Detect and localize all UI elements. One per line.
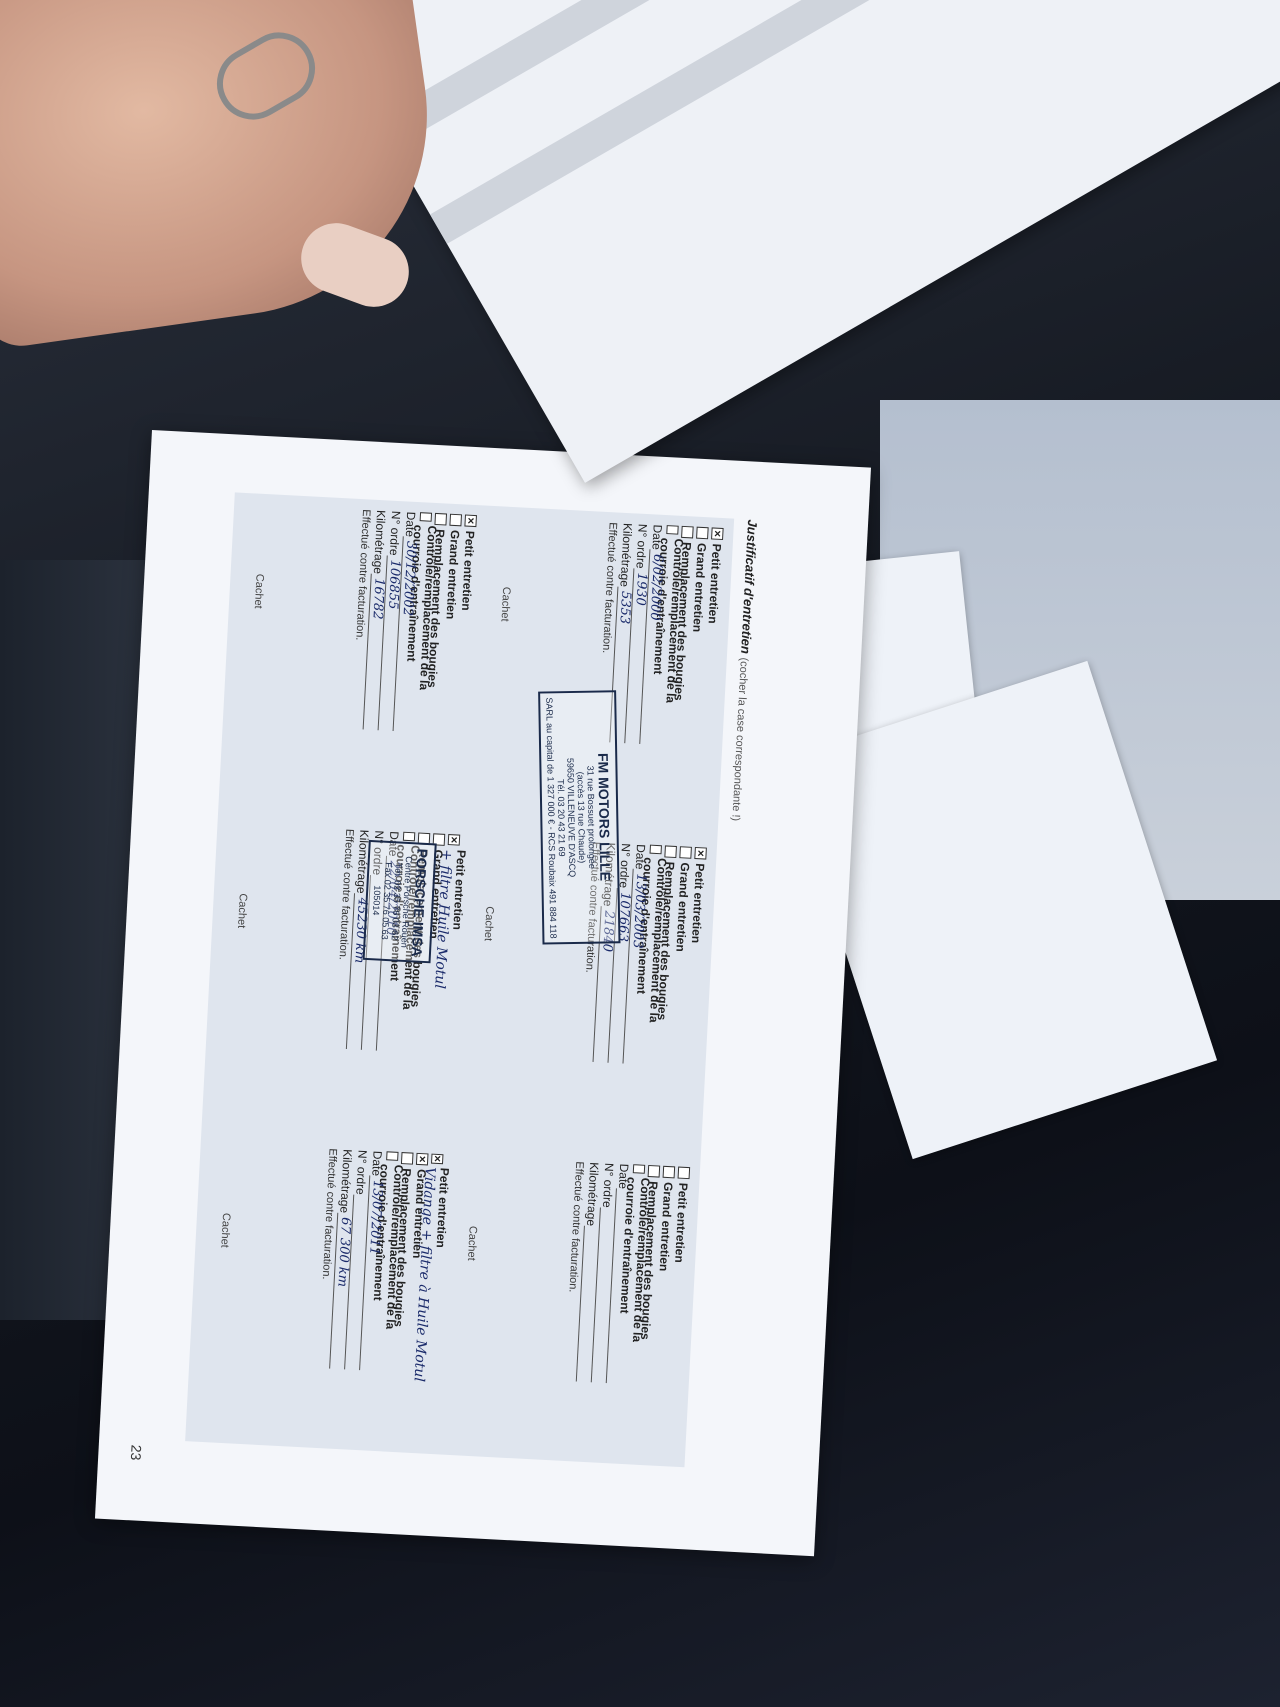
- checkbox[interactable]: ✕: [712, 527, 725, 540]
- cachet-label: Cachet: [498, 586, 512, 621]
- checkbox[interactable]: [678, 1167, 691, 1180]
- checkbox[interactable]: [697, 527, 710, 540]
- service-entry: Petit entretienGrand entretienRemplaceme…: [446, 1155, 692, 1387]
- checkbox[interactable]: [650, 845, 662, 854]
- entry-grid: ✕Petit entretienGrand entretienRemplacem…: [185, 492, 734, 1467]
- checkbox[interactable]: ✕: [465, 515, 478, 528]
- checkbox-row: Contrôle/remplacement de la courroie d'e…: [621, 1164, 647, 1384]
- field-label: Date: [403, 511, 418, 537]
- checkbox[interactable]: ✕: [695, 847, 708, 860]
- checkbox[interactable]: ✕: [448, 834, 461, 846]
- field-label: N° ordre: [600, 1163, 616, 1208]
- form-instruction: (cocher la case correspondante !): [729, 657, 750, 821]
- service-booklet-page: Justificatif d'entretien (cocher la case…: [95, 430, 871, 1556]
- cachet-label: Cachet: [252, 574, 266, 609]
- checkbox[interactable]: [450, 514, 463, 527]
- checkbox[interactable]: [665, 845, 678, 858]
- field-label: Date: [633, 844, 648, 870]
- checkbox[interactable]: [667, 525, 679, 534]
- checkbox-label: Petit entretien: [689, 863, 707, 944]
- field-label: Date: [616, 1163, 631, 1189]
- cachet-label: Cachet: [465, 1226, 479, 1261]
- service-entry: ✕Petit entretienGrand entretienRemplacem…: [233, 503, 479, 735]
- maintenance-form: Justificatif d'entretien (cocher la case…: [181, 492, 760, 1468]
- cachet-label: Cachet: [235, 893, 249, 928]
- cachet-label: Cachet: [218, 1213, 232, 1248]
- checkbox[interactable]: [403, 832, 415, 841]
- dealer-stamp: PORSCHE IMSACentre Porsche RouenTél. 02 …: [363, 840, 437, 964]
- checkbox[interactable]: [633, 1164, 645, 1173]
- checkbox[interactable]: [682, 526, 695, 539]
- checkbox[interactable]: [663, 1166, 676, 1179]
- checkbox[interactable]: [401, 1152, 414, 1165]
- checkbox[interactable]: [680, 846, 693, 859]
- cachet-label: Cachet: [482, 906, 496, 941]
- checkbox[interactable]: ✕: [432, 1154, 444, 1164]
- checkbox[interactable]: [387, 1151, 399, 1160]
- field-label: N° ordre: [353, 1150, 369, 1195]
- field-label: N° ordre: [633, 523, 649, 568]
- page-number: 23: [128, 1444, 145, 1460]
- field-label: Date: [369, 1150, 384, 1176]
- checkbox-label: Petit entretien: [706, 543, 724, 624]
- checkbox-label: Petit entretien: [673, 1182, 691, 1263]
- form-heading: Justificatif d'entretien: [738, 519, 760, 654]
- service-entry: ✕Petit entretien Vidange + filtre à Huil…: [199, 1142, 445, 1374]
- checkbox[interactable]: [420, 512, 432, 521]
- checkbox[interactable]: [648, 1165, 661, 1178]
- field-label: N° ordre: [387, 511, 403, 556]
- checkbox[interactable]: [435, 513, 448, 526]
- checkbox-label: Petit entretien: [459, 530, 477, 611]
- dealer-stamp: FM MOTORS LILLE31 rue Bossuet prolongée(…: [538, 690, 620, 944]
- checkbox[interactable]: ✕: [416, 1153, 429, 1166]
- field-label: Date: [649, 524, 664, 550]
